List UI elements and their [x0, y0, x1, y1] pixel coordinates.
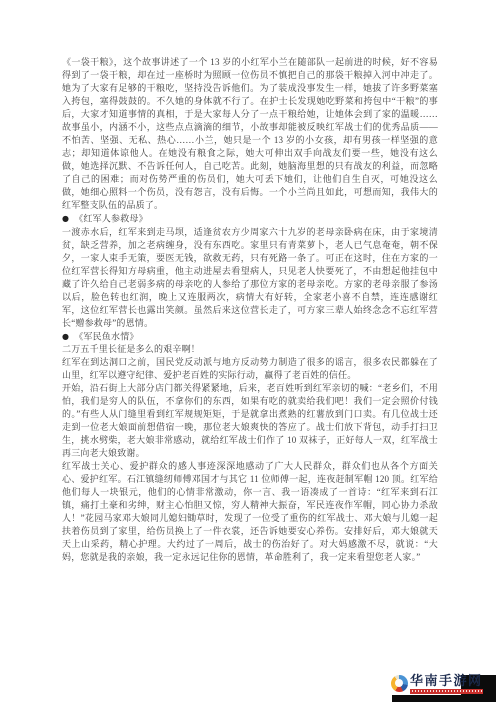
story1-paragraph: 《一袋干粮》，这个故事讲述了一个 13 岁的小红军小兰在随部队一起前进的时候，好…: [62, 56, 438, 212]
site-logo-icon: [391, 675, 408, 692]
corner-black-bar: [392, 695, 496, 702]
story3-paragraph-3: 红军战士关心、爱护群众的感人事迹深深地感动了广大人民群众，群众们也从各个方面关心…: [62, 460, 438, 564]
site-name: 华南手游网: [410, 674, 483, 688]
story3-intro-line: 二万五千里长征是多么的艰辛啊！: [62, 343, 438, 356]
story2-title: 《红军人参救母》: [74, 214, 148, 224]
bullet-icon: ●: [62, 212, 69, 225]
story2-heading: ●《红军人参救母》: [62, 212, 438, 226]
site-watermark: 华南手游网: [391, 672, 483, 695]
story3-title: 《军民鱼水情》: [74, 331, 138, 341]
story3-paragraph-2: 开始，沿石街上大部分店门都关得紧紧地，后来，老百姓听到红军亲切的喊：“老乡们，不…: [62, 382, 438, 460]
story2-paragraph: 一渡赤水后，红军来到走马坝，适逢贫农方少周家六十九岁的老母亲卧病在床，由于家境清…: [62, 226, 438, 330]
document-page: 《一袋干粮》，这个故事讲述了一个 13 岁的小红军小兰在随部队一起前进的时候，好…: [0, 0, 496, 702]
bullet-icon: ●: [62, 330, 69, 343]
document-text: 《一袋干粮》，这个故事讲述了一个 13 岁的小红军小兰在随部队一起前进的时候，好…: [62, 56, 438, 564]
story3-heading: ●《军民鱼水情》: [62, 330, 438, 344]
site-tagline-strip: [410, 689, 483, 694]
story3-paragraph-1: 红军在到达洞口之前，国民党反动派与地方反动势力制造了很多的谣言，很多农民都躲在了…: [62, 356, 438, 382]
